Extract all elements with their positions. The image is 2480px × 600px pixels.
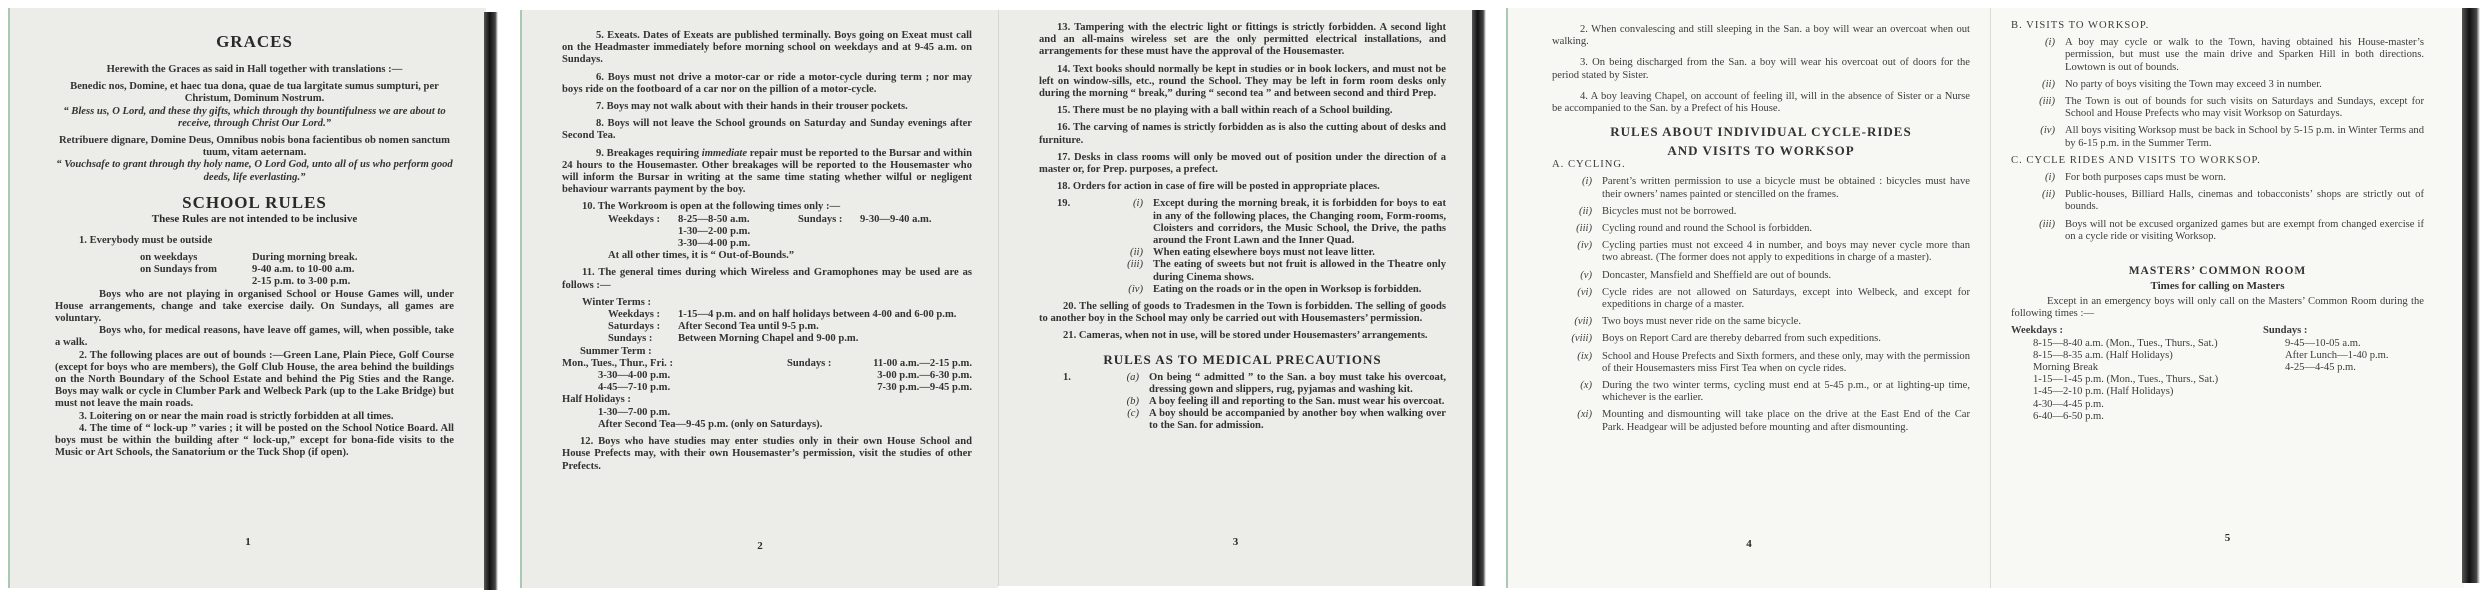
section-a-cycling: A. CYCLING. xyxy=(1552,159,1970,171)
masters-common-room-subtitle: Times for calling on Masters xyxy=(2011,280,2424,292)
graces-title: GRACES xyxy=(55,32,454,52)
both-item: (i)For both purposes caps must be worn. xyxy=(2011,172,2424,184)
rule-18: 18. Orders for action in case of fire wi… xyxy=(1039,181,1446,193)
rule-16: 16. The carving of names is strictly for… xyxy=(1039,122,1446,146)
rule-10-outro: At all other times, it is “ Out-of-Bound… xyxy=(562,250,972,262)
grace-latin-1: Benedic nos, Domine, et haec tua dona, q… xyxy=(55,81,454,105)
visits-item: (i)A boy may cycle or walk to the Town, … xyxy=(2011,37,2424,74)
rule-12: 12. Boys who have studies may enter stud… xyxy=(562,436,972,473)
graces-intro: Herewith the Graces as said in Hall toge… xyxy=(55,64,454,76)
cycling-item: (vi)Cycle rides are not allowed on Satur… xyxy=(1552,287,1970,311)
page-edge-shadow xyxy=(484,12,498,590)
page-1: GRACES Herewith the Graces as said in Ha… xyxy=(8,8,486,588)
medical-item: (a)On being “ admitted ” to the San. a b… xyxy=(1103,372,1446,396)
page-number: 5 xyxy=(1991,532,2464,544)
cycling-item: (viii)Boys on Report Card are thereby de… xyxy=(1552,333,1970,345)
rule-13: 13. Tampering with the electric light or… xyxy=(1039,22,1446,59)
page-edge-shadow xyxy=(1472,10,1486,586)
page-number: 1 xyxy=(10,536,486,548)
rule-10-intro: 10. The Workroom is open at the followin… xyxy=(562,201,972,213)
rule-2: 2. The following places are out of bound… xyxy=(55,350,454,411)
grace-latin-2: Retribuere dignare, Domine Deus, Omnibus… xyxy=(55,135,454,159)
both-item: (iii)Boys will not be excused organized … xyxy=(2011,219,2424,243)
grace-english-1: “ Bless us, O Lord, and these thy gifts,… xyxy=(55,106,454,130)
school-rules-subtitle: These Rules are not intended to be inclu… xyxy=(55,213,454,225)
summer-term-label: Summer Term : xyxy=(562,346,972,358)
page-5: B. VISITS TO WORKSOP. (i)A boy may cycle… xyxy=(1990,8,2464,588)
rule-3: 3. Loitering on or near the main road is… xyxy=(55,411,454,423)
page-number: 4 xyxy=(1508,538,1990,550)
rule-14: 14. Text books should normally be kept i… xyxy=(1039,64,1446,101)
rule-19-item: (iii)The eating of sweets but not fruit … xyxy=(1107,259,1446,283)
rule-1-paragraph-2: Boys who, for medical reasons, have leav… xyxy=(55,325,454,349)
school-rules-title: SCHOOL RULES xyxy=(55,193,454,213)
summer-term-times: Mon., Tues., Thur., Fri. : 3-30—4-00 p.m… xyxy=(562,358,972,395)
visits-item: (iv)All boys visiting Worksop must be ba… xyxy=(2011,125,2424,149)
rule-19: 19. (i)Except during the morning break, … xyxy=(1039,198,1446,296)
rule-9-emphasis: immediate xyxy=(702,148,747,159)
visits-item: (ii)No party of boys visiting the Town m… xyxy=(2011,79,2424,91)
visits-item: (iii)The Town is out of bounds for such … xyxy=(2011,96,2424,120)
rule-1-times: on weekdaysDuring morning break. on Sund… xyxy=(55,252,454,289)
cycle-rules-title-line-2: AND VISITS TO WORKSOP xyxy=(1552,143,1970,159)
rule-4: 4. The time of “ lock-up ” varies ; it w… xyxy=(55,423,454,460)
winter-terms-label: Winter Terms : xyxy=(562,297,972,309)
masters-common-room-title: MASTERS’ COMMON ROOM xyxy=(2011,265,2424,277)
calling-times: Weekdays : 8-15—8-40 a.m. (Mon., Tues., … xyxy=(2011,325,2424,423)
page-edge-shadow xyxy=(2462,8,2480,583)
page-4: 2. When convalescing and still sleeping … xyxy=(1506,8,1990,588)
section-c-cycle-rides-and-visits: C. CYCLE RIDES AND VISITS TO WORKSOP. xyxy=(2011,155,2424,167)
rule-5: 5. Exeats. Dates of Exeats are published… xyxy=(562,30,972,67)
rule-1-intro: 1. Everybody must be outside xyxy=(55,235,454,247)
rule-17: 17. Desks in class rooms will only be mo… xyxy=(1039,152,1446,176)
half-holidays-time-1: 1-30—7-00 p.m. xyxy=(562,407,972,419)
sundays-label: Sundays : xyxy=(2263,325,2424,337)
rule-19-item: (iv)Eating on the roads or in the open i… xyxy=(1107,284,1446,296)
both-item: (ii)Public-houses, Billiard Halls, cinem… xyxy=(2011,189,2424,213)
rule-1-paragraph-1: Boys who are not playing in organised Sc… xyxy=(55,289,454,326)
medical-item: (b)A boy feeling ill and reporting to th… xyxy=(1103,396,1446,408)
medical-precautions-title: RULES AS TO MEDICAL PRECAUTIONS xyxy=(1039,352,1446,368)
visits-list: (i)A boy may cycle or walk to the Town, … xyxy=(2011,37,2424,150)
medical-rule-2: 2. When convalescing and still sleeping … xyxy=(1552,24,1970,48)
workroom-times: Weekdays : 8-25—8-50 a.m. 1-30—2-00 p.m.… xyxy=(562,214,972,251)
medical-rule-1: 1. (a)On being “ admitted ” to the San. … xyxy=(1039,372,1446,433)
cycle-rules-title-line-1: RULES ABOUT INDIVIDUAL CYCLE-RIDES xyxy=(1552,124,1970,140)
rule-19-item: (ii)When eating elsewhere boys must not … xyxy=(1107,247,1446,259)
cycling-item: (iii)Cycling round and round the School … xyxy=(1552,223,1970,235)
medical-rule-4: 4. A boy leaving Chapel, on account of f… xyxy=(1552,91,1970,115)
rule-11-intro: 11. The general times during which Wirel… xyxy=(562,267,972,291)
both-list: (i)For both purposes caps must be worn. … xyxy=(2011,172,2424,243)
cycling-item: (ii)Bicycles must not be borrowed. xyxy=(1552,206,1970,218)
page-number: 2 xyxy=(522,540,998,552)
rule-19-item: (i)Except during the morning break, it i… xyxy=(1107,198,1446,247)
masters-common-room-intro: Except in an emergency boys will only ca… xyxy=(2011,296,2424,320)
rule-7: 7. Boys may not walk about with their ha… xyxy=(562,101,972,113)
rule-9: 9. Breakages requiring immediate repair … xyxy=(562,148,972,197)
weekdays-label: Weekdays : xyxy=(2011,325,2263,337)
cycling-item: (xi)Mounting and dismounting will take p… xyxy=(1552,409,1970,433)
rule-15: 15. There must be no playing with a ball… xyxy=(1039,105,1446,117)
cycling-item: (ix)School and House Prefects and Sixth … xyxy=(1552,351,1970,375)
grace-english-2: “ Vouchsafe to grant through thy holy na… xyxy=(55,159,454,183)
rule-8: 8. Boys will not leave the School ground… xyxy=(562,118,972,142)
rule-21: 21. Cameras, when not in use, will be st… xyxy=(1039,330,1446,342)
winter-terms-times: Weekdays :1-15—4 p.m. and on half holida… xyxy=(562,309,972,346)
cycling-item: (i)Parent’s written permission to use a … xyxy=(1552,176,1970,200)
cycling-list: (i)Parent’s written permission to use a … xyxy=(1552,176,1970,433)
rule-6: 6. Boys must not drive a motor-car or ri… xyxy=(562,72,972,96)
cycling-item: (iv)Cycling parties must not exceed 4 in… xyxy=(1552,240,1970,264)
rule-20: 20. The selling of goods to Tradesmen in… xyxy=(1039,301,1446,325)
page-number: 3 xyxy=(999,536,1472,548)
page-3: 13. Tampering with the electric light or… xyxy=(998,10,1472,586)
half-holidays-time-2: After Second Tea—9-45 p.m. (only on Satu… xyxy=(562,419,972,431)
half-holidays-label: Half Holidays : xyxy=(562,394,972,406)
medical-item: (c)A boy should be accompanied by anothe… xyxy=(1103,408,1446,432)
cycling-item: (x)During the two winter terms, cycling … xyxy=(1552,380,1970,404)
cycling-item: (v)Doncaster, Mansfield and Sheffield ar… xyxy=(1552,270,1970,282)
medical-rule-3: 3. On being discharged from the San. a b… xyxy=(1552,57,1970,81)
cycling-item: (vii)Two boys must never ride on the sam… xyxy=(1552,316,1970,328)
section-b-visits: B. VISITS TO WORKSOP. xyxy=(2011,20,2424,32)
page-2: 5. Exeats. Dates of Exeats are published… xyxy=(520,10,998,588)
